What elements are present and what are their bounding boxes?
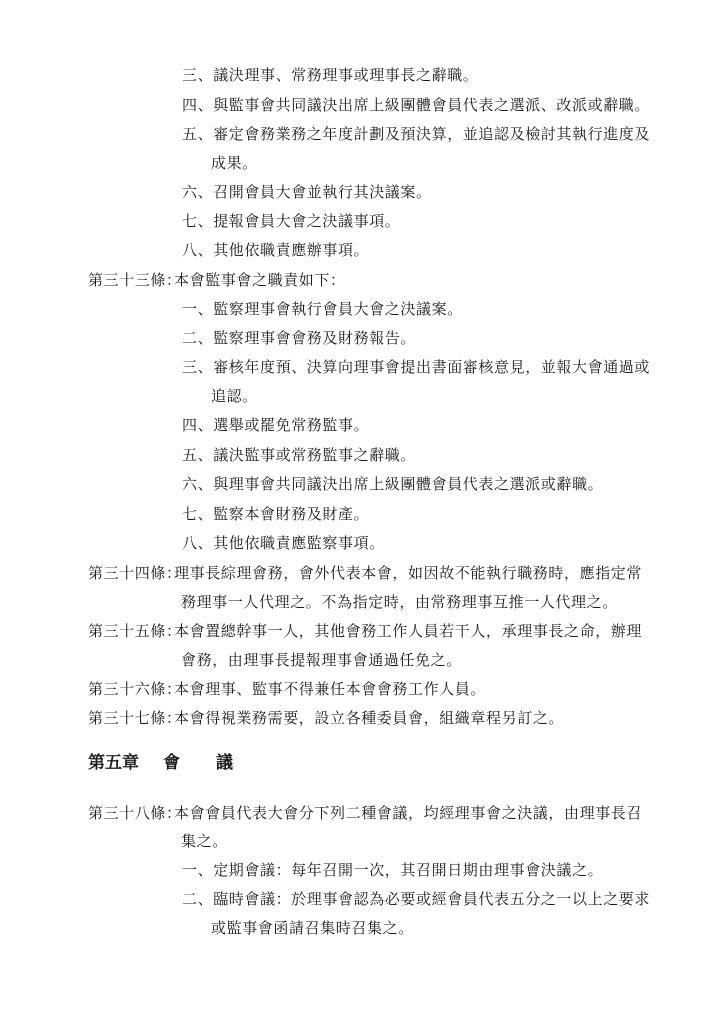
item-text: 提報會員大會之決議事項。 xyxy=(213,212,400,230)
item-text: 議決理事、常務理事或理事長之辭職。 xyxy=(213,66,478,84)
article-33-text: 本會監事會之職責如下： xyxy=(174,270,346,290)
article-34-continuation: 務理事一人代理之。不為指定時，由常務理事互推一人代理之。 xyxy=(181,592,618,612)
item-text: 與監事會共同議決出席上級團體會員代表之選派、改派或辭職。 xyxy=(213,96,650,114)
article-35-label: 第三十五條： xyxy=(88,621,182,641)
item-number: 六、 xyxy=(182,475,213,493)
item-text: 其他依職責應辦事項。 xyxy=(213,241,369,259)
item-number: 六、 xyxy=(182,183,213,201)
article-36-label: 第三十六條： xyxy=(88,679,182,699)
item-number: 一、 xyxy=(182,861,213,879)
list-item-continuation: 成果。 xyxy=(211,153,258,173)
article-33-label: 第三十三條： xyxy=(88,270,182,290)
list-item: 三、議決理事、常務理事或理事長之辭職。 xyxy=(182,65,478,85)
item-number: 三、 xyxy=(182,66,213,84)
item-number: 五、 xyxy=(182,446,213,464)
item-number: 七、 xyxy=(182,212,213,230)
list-item: 二、臨時會議：於理事會認為必要或經會員代表五分之一以上之要求 xyxy=(182,889,650,909)
list-item: 六、召開會員大會並執行其決議案。 xyxy=(182,182,432,202)
item-text: 召開會員大會並執行其決議案。 xyxy=(213,183,431,201)
item-number: 二、 xyxy=(182,329,213,347)
item-number: 一、 xyxy=(182,300,213,318)
chapter-heading: 第五章會議 xyxy=(88,752,233,774)
article-38-label: 第三十八條： xyxy=(88,803,182,823)
list-item-continuation: 或監事會函請召集時召集之。 xyxy=(211,918,414,938)
list-item: 五、議決監事或常務監事之辭職。 xyxy=(182,445,416,465)
item-text: 監察本會財務及財產。 xyxy=(213,505,369,523)
item-number: 七、 xyxy=(182,505,213,523)
item-text: 與理事會共同議決出席上級團體會員代表之選派或辭職。 xyxy=(213,475,603,493)
list-item: 一、定期會議：每年召開一次，其召開日期由理事會決議之。 xyxy=(182,860,603,880)
item-text: 審定會務業務之年度計劃及預決算，並追認及檢討其執行進度及 xyxy=(213,125,650,143)
item-text: 監察理事會會務及財務報告。 xyxy=(213,329,416,347)
article-37-text: 本會得視業務需要，設立各種委員會，組織章程另訂之。 xyxy=(174,708,564,728)
item-number: 四、 xyxy=(182,96,213,114)
item-text: 臨時會議：於理事會認為必要或經會員代表五分之一以上之要求 xyxy=(213,890,650,908)
list-item: 七、監察本會財務及財產。 xyxy=(182,504,369,524)
article-37-label: 第三十七條： xyxy=(88,708,182,728)
list-item-continuation: 追認。 xyxy=(211,386,258,406)
item-number: 二、 xyxy=(182,890,213,908)
item-text: 議決監事或常務監事之辭職。 xyxy=(213,446,416,464)
item-number: 八、 xyxy=(182,534,213,552)
list-item: 八、其他依職責應辦事項。 xyxy=(182,240,369,260)
article-34-label: 第三十四條： xyxy=(88,563,182,583)
list-item: 四、選舉或罷免常務監事。 xyxy=(182,415,369,435)
item-text: 其他依職責應監察事項。 xyxy=(213,534,385,552)
item-number: 八、 xyxy=(182,241,213,259)
list-item: 二、監察理事會會務及財務報告。 xyxy=(182,328,416,348)
chapter-title-part1: 會 xyxy=(163,753,180,773)
item-number: 四、 xyxy=(182,416,213,434)
item-text: 審核年度預、決算向理事會提出書面審核意見，並報大會通過或 xyxy=(213,358,650,376)
article-34-text: 理事長綜理會務，會外代表本會，如因故不能執行職務時，應指定常 xyxy=(174,563,642,583)
list-item: 六、與理事會共同議決出席上級團體會員代表之選派或辭職。 xyxy=(182,474,603,494)
article-38-continuation: 集之。 xyxy=(181,831,228,851)
chapter-title-part2: 議 xyxy=(216,753,233,773)
list-item: 五、審定會務業務之年度計劃及預決算，並追認及檢討其執行進度及 xyxy=(182,124,650,144)
document-page: 三、議決理事、常務理事或理事長之辭職。 四、與監事會共同議決出席上級團體會員代表… xyxy=(0,0,724,1024)
list-item: 七、提報會員大會之決議事項。 xyxy=(182,211,400,231)
list-item: 四、與監事會共同議決出席上級團體會員代表之選派、改派或辭職。 xyxy=(182,95,650,115)
item-text: 選舉或罷免常務監事。 xyxy=(213,416,369,434)
article-36-text: 本會理事、監事不得兼任本會會務工作人員。 xyxy=(174,679,486,699)
list-item: 八、其他依職責應監察事項。 xyxy=(182,533,385,553)
article-38-text: 本會會員代表大會分下列二種會議，均經理事會之決議，由理事長召 xyxy=(174,803,642,823)
article-35-text: 本會置總幹事一人，其他會務工作人員若干人，承理事長之命，辦理 xyxy=(174,621,642,641)
article-35-continuation: 會務，由理事長提報理事會通過任免之。 xyxy=(181,650,462,670)
item-text: 定期會議：每年召開一次，其召開日期由理事會決議之。 xyxy=(213,861,603,879)
list-item: 一、監察理事會執行會員大會之決議案。 xyxy=(182,299,463,319)
item-number: 五、 xyxy=(182,125,213,143)
item-text: 監察理事會執行會員大會之決議案。 xyxy=(213,300,463,318)
list-item: 三、審核年度預、決算向理事會提出書面審核意見，並報大會通過或 xyxy=(182,357,650,377)
item-number: 三、 xyxy=(182,358,213,376)
chapter-number: 第五章 xyxy=(88,753,139,773)
